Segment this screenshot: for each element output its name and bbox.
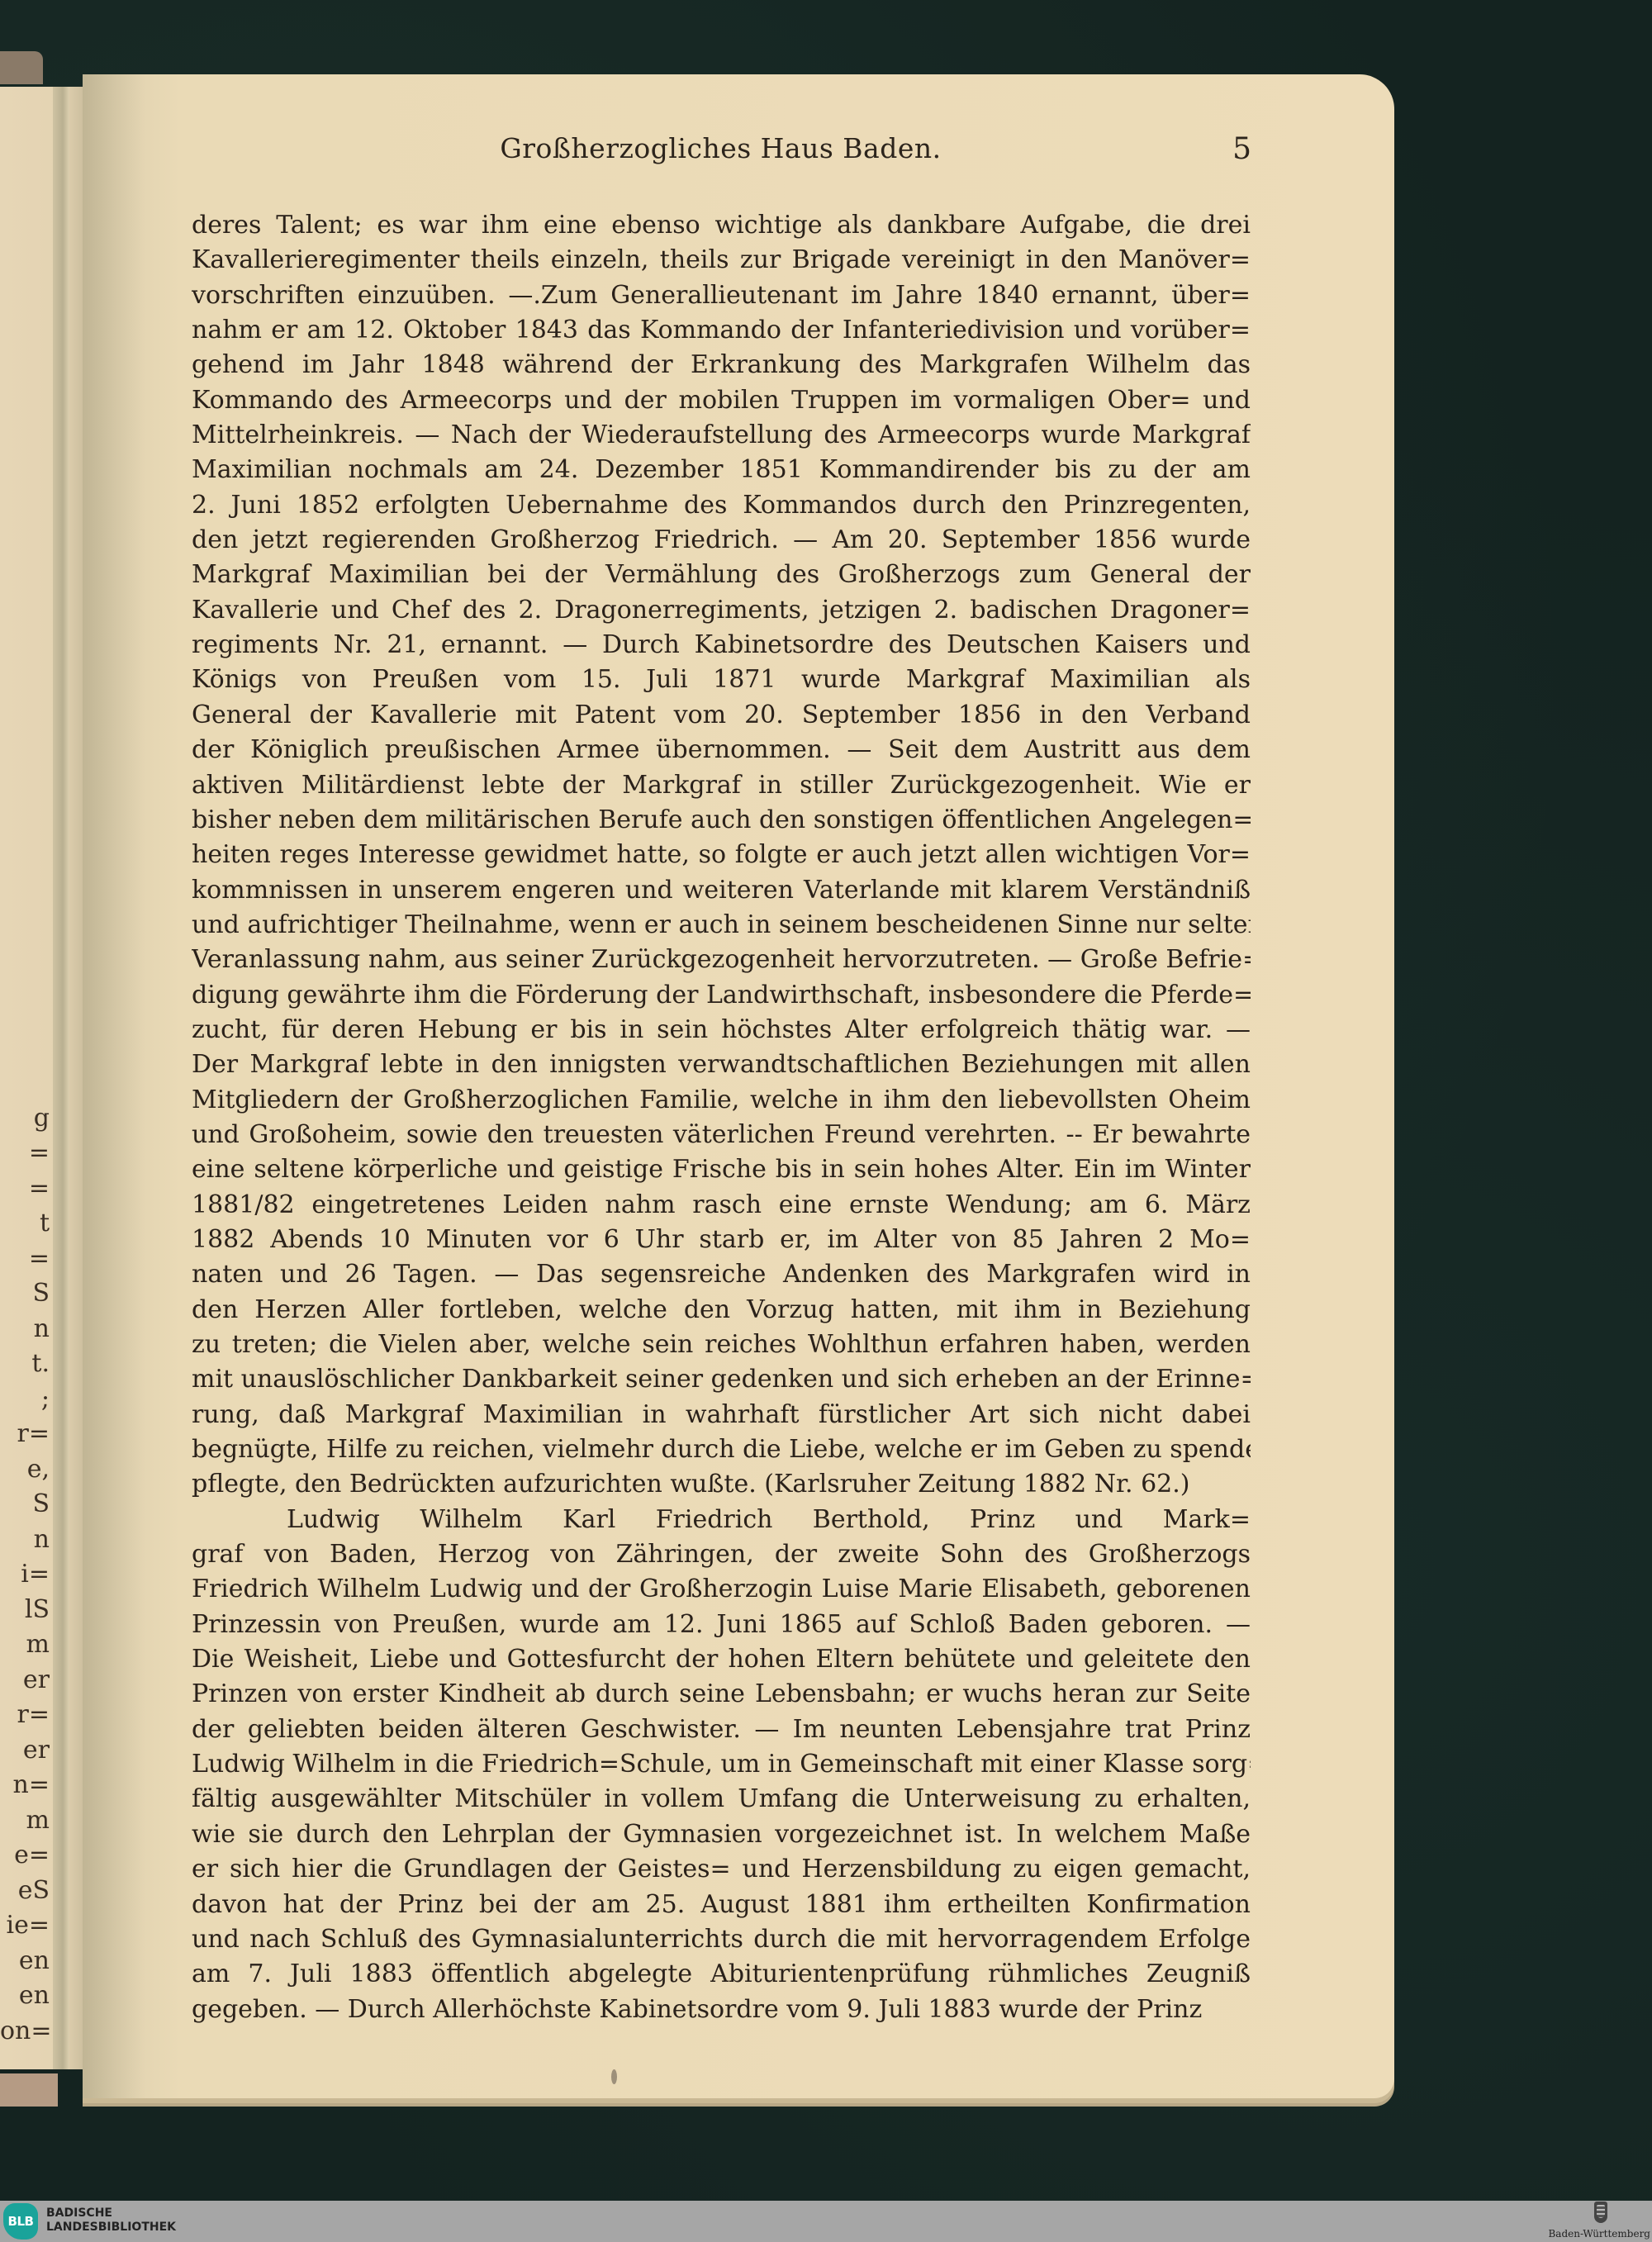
text-line: Maximilian nochmals am 24. Dezember 1851… <box>192 453 1251 487</box>
facing-text-fragment <box>0 1066 50 1101</box>
text-line: Mittelrheinkreis. — Nach der Wiederaufst… <box>192 418 1251 453</box>
text-line: den jetzt regierenden Großherzog Friedri… <box>192 523 1251 558</box>
text-line: Kommando des Armeecorps und der mobilen … <box>192 383 1251 418</box>
facing-page-edge <box>53 87 69 2069</box>
facing-text-fragment: i= <box>0 1557 50 1593</box>
text-line: digung gewährte ihm die Förderung der La… <box>192 978 1251 1013</box>
body-text: deres Talent; es war ihm eine ebenso wic… <box>192 208 1251 2027</box>
text-line: 1882 Abends 10 Minuten vor 6 Uhr starb e… <box>192 1223 1251 1257</box>
facing-text-fragment: e, <box>0 1452 50 1488</box>
facing-text-fragment: n <box>0 1522 50 1558</box>
facing-text-fragment: lS <box>0 1593 50 1628</box>
text-line: am 7. Juli 1883 öffentlich abgelegte Abi… <box>192 1957 1251 1992</box>
text-line: und aufrichtiger Theilnahme, wenn er auc… <box>192 908 1251 943</box>
text-line: rung, daß Markgraf Maximilian in wahrhaf… <box>192 1398 1251 1432</box>
text-line: deres Talent; es war ihm eine ebenso wic… <box>192 208 1251 243</box>
text-line: regiments Nr. 21, ernannt. — Durch Kabin… <box>192 628 1251 663</box>
facing-text-fragment: = <box>0 1242 50 1277</box>
text-line: bisher neben dem militärischen Berufe au… <box>192 803 1251 838</box>
facing-text-fragment: t <box>0 1206 50 1242</box>
facing-text-fragment: e= <box>0 1838 50 1874</box>
facing-text-fragment: er <box>0 1663 50 1698</box>
facing-text-fragment: t. <box>0 1347 50 1382</box>
library-name: BADISCHE LANDESBIBLIOTHEK <box>46 2206 176 2235</box>
text-line: mit unauslöschlicher Dankbarkeit seiner … <box>192 1362 1251 1397</box>
running-head: Großherzogliches Haus Baden. 5 <box>190 132 1251 173</box>
text-line: Die Weisheit, Liebe und Gottesfurcht der… <box>192 1642 1251 1677</box>
facing-text-fragment: = <box>0 1136 50 1171</box>
text-line: Ludwig Wilhelm Karl Friedrich Berthold, … <box>192 1503 1251 1537</box>
text-line: Kavallerie und Chef des 2. Dragonerregim… <box>192 593 1251 628</box>
library-name-line1: BADISCHE <box>46 2206 176 2221</box>
text-line: er sich hier die Grundlagen der Geistes=… <box>192 1852 1251 1887</box>
text-line: Ludwig Wilhelm in die Friedrich=Schule, … <box>192 1747 1251 1782</box>
state-name: Baden-Württemberg <box>1548 2228 1650 2240</box>
text-line: 2. Juni 1852 erfolgten Uebernahme des Ko… <box>192 488 1251 523</box>
text-line: eine seltene körperliche und geistige Fr… <box>192 1152 1251 1187</box>
facing-text-fragment: r= <box>0 1417 50 1452</box>
binding-cloth-scrap <box>0 51 43 84</box>
text-line: fältig ausgewählter Mitschüler in vollem… <box>192 1782 1251 1817</box>
text-line: General der Kavallerie mit Patent vom 20… <box>192 698 1251 733</box>
gutter-shadow <box>83 74 145 2098</box>
text-line: zu treten; die Vielen aber, welche sein … <box>192 1328 1251 1362</box>
running-title: Großherzogliches Haus Baden. <box>190 132 1251 164</box>
facing-text-fragment: en <box>0 1944 50 1979</box>
text-line: nahm er am 12. Oktober 1843 das Kommando… <box>192 313 1251 348</box>
text-line: heiten reges Interesse gewidmet hatte, s… <box>192 838 1251 872</box>
text-line: aktiven Militärdienst lebte der Markgraf… <box>192 768 1251 803</box>
facing-text-fragment: on= <box>0 2014 50 2050</box>
text-line: und Großoheim, sowie den treuesten väter… <box>192 1118 1251 1152</box>
facing-text-fragment: n= <box>0 1768 50 1803</box>
facing-text-fragment: S <box>0 1276 50 1312</box>
facing-text-fragment: m <box>0 1803 50 1839</box>
text-line: vorschriften einzuüben. —.Zum Generallie… <box>192 278 1251 313</box>
text-line: davon hat der Prinz bei der am 25. Augus… <box>192 1888 1251 1922</box>
text-line: Prinzessin von Preußen, wurde am 12. Jun… <box>192 1608 1251 1642</box>
facing-text-fragment: g <box>0 1101 50 1137</box>
page-number: 5 <box>1232 132 1251 166</box>
paper-speck <box>611 2069 617 2084</box>
facing-text-fragment: n <box>0 1312 50 1347</box>
text-line: begnügte, Hilfe zu reichen, vielmehr dur… <box>192 1432 1251 1467</box>
text-line: der geliebten beiden älteren Geschwister… <box>192 1712 1251 1747</box>
text-line: Mitgliedern der Großherzoglichen Familie… <box>192 1083 1251 1118</box>
text-line: und nach Schluß des Gymnasialunterrichts… <box>192 1922 1251 1957</box>
text-line: zucht, für deren Hebung er bis in sein h… <box>192 1013 1251 1047</box>
text-line: kommnissen in unserem engeren und weiter… <box>192 873 1251 908</box>
text-line: gegeben. — Durch Allerhöchste Kabinetsor… <box>192 1993 1251 2027</box>
facing-text-fragment: ; <box>0 1382 50 1418</box>
text-line: Friedrich Wilhelm Ludwig und der Großher… <box>192 1572 1251 1607</box>
text-line: Kavallerieregimenter theils einzeln, the… <box>192 243 1251 278</box>
text-line: graf von Baden, Herzog von Zähringen, de… <box>192 1537 1251 1572</box>
facing-page-text-fragments: g==t=Snt.;r=e,Sni=lSmerr=ern=me=eSie=ene… <box>0 1066 50 2049</box>
text-line: Der Markgraf lebte in den innigsten verw… <box>192 1047 1251 1082</box>
facing-text-fragment: m <box>0 1627 50 1663</box>
binding-cloth-scrap-bottom <box>0 2073 58 2107</box>
facing-text-fragment: ie= <box>0 1908 50 1944</box>
text-line: Prinzen von erster Kindheit ab durch sei… <box>192 1677 1251 1712</box>
library-name-line2: LANDESBIBLIOTHEK <box>46 2221 176 2235</box>
text-line: pflegte, den Bedrückten aufzurichten wuß… <box>192 1467 1251 1502</box>
facing-text-fragment: = <box>0 1171 50 1207</box>
facing-text-fragment: r= <box>0 1698 50 1733</box>
facing-text-fragment: S <box>0 1487 50 1522</box>
text-line: wie sie durch den Lehrplan der Gymnasien… <box>192 1817 1251 1852</box>
facing-text-fragment: er <box>0 1733 50 1769</box>
text-line: Königs von Preußen vom 15. Juli 1871 wur… <box>192 663 1251 697</box>
baden-wuerttemberg-logo: Baden-Württemberg <box>1535 2202 1650 2241</box>
blb-logo-icon: BLB <box>3 2203 38 2240</box>
text-line: der Königlich preußischen Armee übernomm… <box>192 733 1251 767</box>
text-line: den Herzen Aller fortleben, welche den V… <box>192 1293 1251 1328</box>
text-line: Markgraf Maximilian bei der Vermählung d… <box>192 558 1251 592</box>
coat-of-arms-icon <box>1594 2202 1607 2223</box>
footer-band: BLB BADISCHE LANDESBIBLIOTHEK Baden-Würt… <box>0 2201 1652 2242</box>
facing-text-fragment: eS <box>0 1874 50 1909</box>
text-line: 1881/82 eingetretenes Leiden nahm rasch … <box>192 1188 1251 1223</box>
text-line: naten und 26 Tagen. — Das segensreiche A… <box>192 1257 1251 1292</box>
text-line: Veranlassung nahm, aus seiner Zurückgezo… <box>192 943 1251 977</box>
text-line: gehend im Jahr 1848 während der Erkranku… <box>192 348 1251 382</box>
facing-text-fragment: en <box>0 1978 50 2014</box>
